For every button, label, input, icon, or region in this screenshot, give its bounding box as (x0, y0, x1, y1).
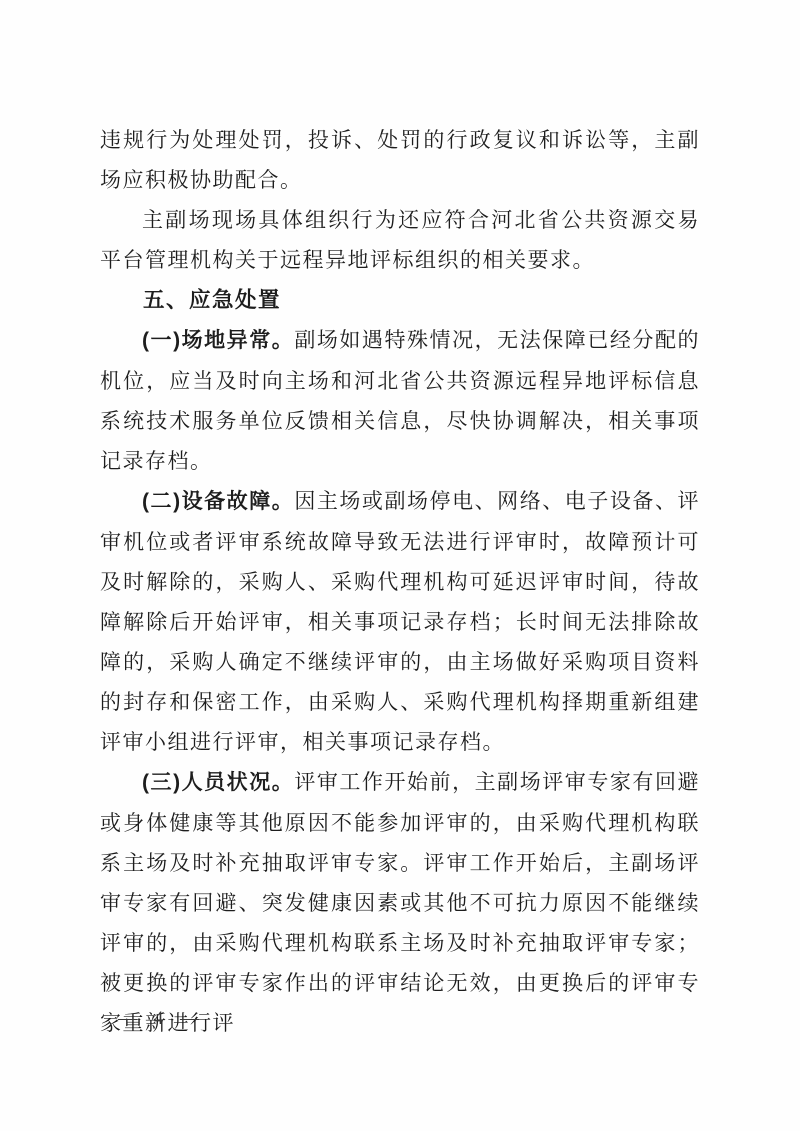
paragraph-equipment-failure: (二)设备故障。因主场或副场停电、网络、电子设备、评审机位或者评审系统故障导致无… (100, 481, 700, 762)
section-heading: 五、应急处置 (100, 280, 700, 320)
paragraph-lead: (二)设备故障。 (142, 490, 294, 513)
paragraph: 主副场现场具体组织行为还应符合河北省公共资源交易平台管理机构关于远程异地评标组织… (100, 200, 700, 280)
paragraph-personnel-status: (三)人员状况。评审工作开始前，主副场评审专家有回避或身体健康等其他原因不能参加… (100, 762, 700, 1043)
paragraph-text: 因主场或副场停电、网络、电子设备、评审机位或者评审系统故障导致无法进行评审时，故… (100, 489, 700, 754)
paragraph-text: 主副场现场具体组织行为还应符合河北省公共资源交易平台管理机构关于远程异地评标组织… (100, 208, 700, 272)
paragraph-text: 评审工作开始前，主副场评审专家有回避或身体健康等其他原因不能参加评审的，由采购代… (100, 770, 700, 1035)
page-number: — 4 — (118, 1008, 205, 1029)
paragraph-site-anomaly: (一)场地异常。副场如遇特殊情况，无法保障已经分配的机位，应当及时向主场和河北省… (100, 320, 700, 481)
document-page: 违规行为处理处罚，投诉、处罚的行政复议和诉讼等，主副场应积极协助配合。 主副场现… (0, 0, 800, 1131)
paragraph-text: 违规行为处理处罚，投诉、处罚的行政复议和诉讼等，主副场应积极协助配合。 (100, 128, 700, 192)
page-footer: — 4 — (118, 1004, 205, 1034)
paragraph-lead: (三)人员状况。 (142, 771, 294, 794)
paragraph-lead: (一)场地异常。 (142, 329, 294, 352)
paragraph-continuation: 违规行为处理处罚，投诉、处罚的行政复议和诉讼等，主副场应积极协助配合。 (100, 120, 700, 200)
document-body: 违规行为处理处罚，投诉、处罚的行政复议和诉讼等，主副场应积极协助配合。 主副场现… (100, 120, 700, 1043)
